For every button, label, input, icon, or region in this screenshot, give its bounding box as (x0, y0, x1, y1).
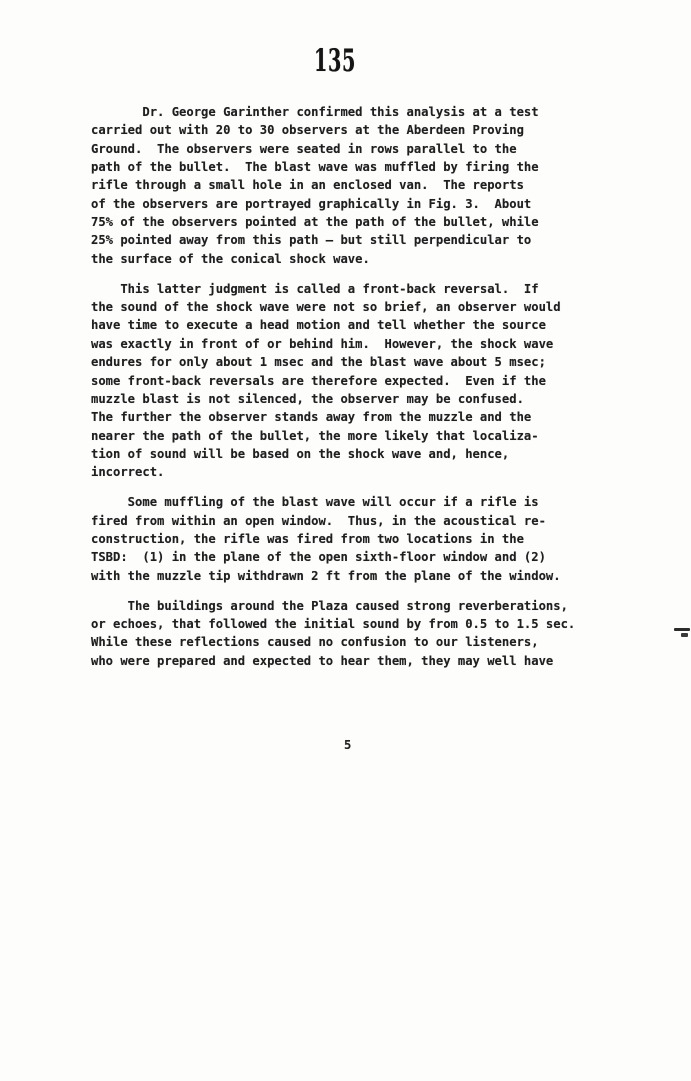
paragraph-2: This latter judgment is called a front-b… (91, 280, 575, 482)
page-number-top: 135 (314, 46, 356, 77)
margin-dash-mark (674, 628, 690, 631)
scanned-document-page: 135 Dr. George Garinther confirmed this … (0, 0, 691, 1081)
paragraph-3: Some muffling of the blast wave will occ… (91, 493, 575, 585)
body-text: Dr. George Garinther confirmed this anal… (91, 103, 575, 670)
page-number-bottom: 5 (344, 736, 351, 754)
paragraph-4: The buildings around the Plaza caused st… (91, 597, 575, 670)
paragraph-1: Dr. George Garinther confirmed this anal… (91, 103, 575, 268)
